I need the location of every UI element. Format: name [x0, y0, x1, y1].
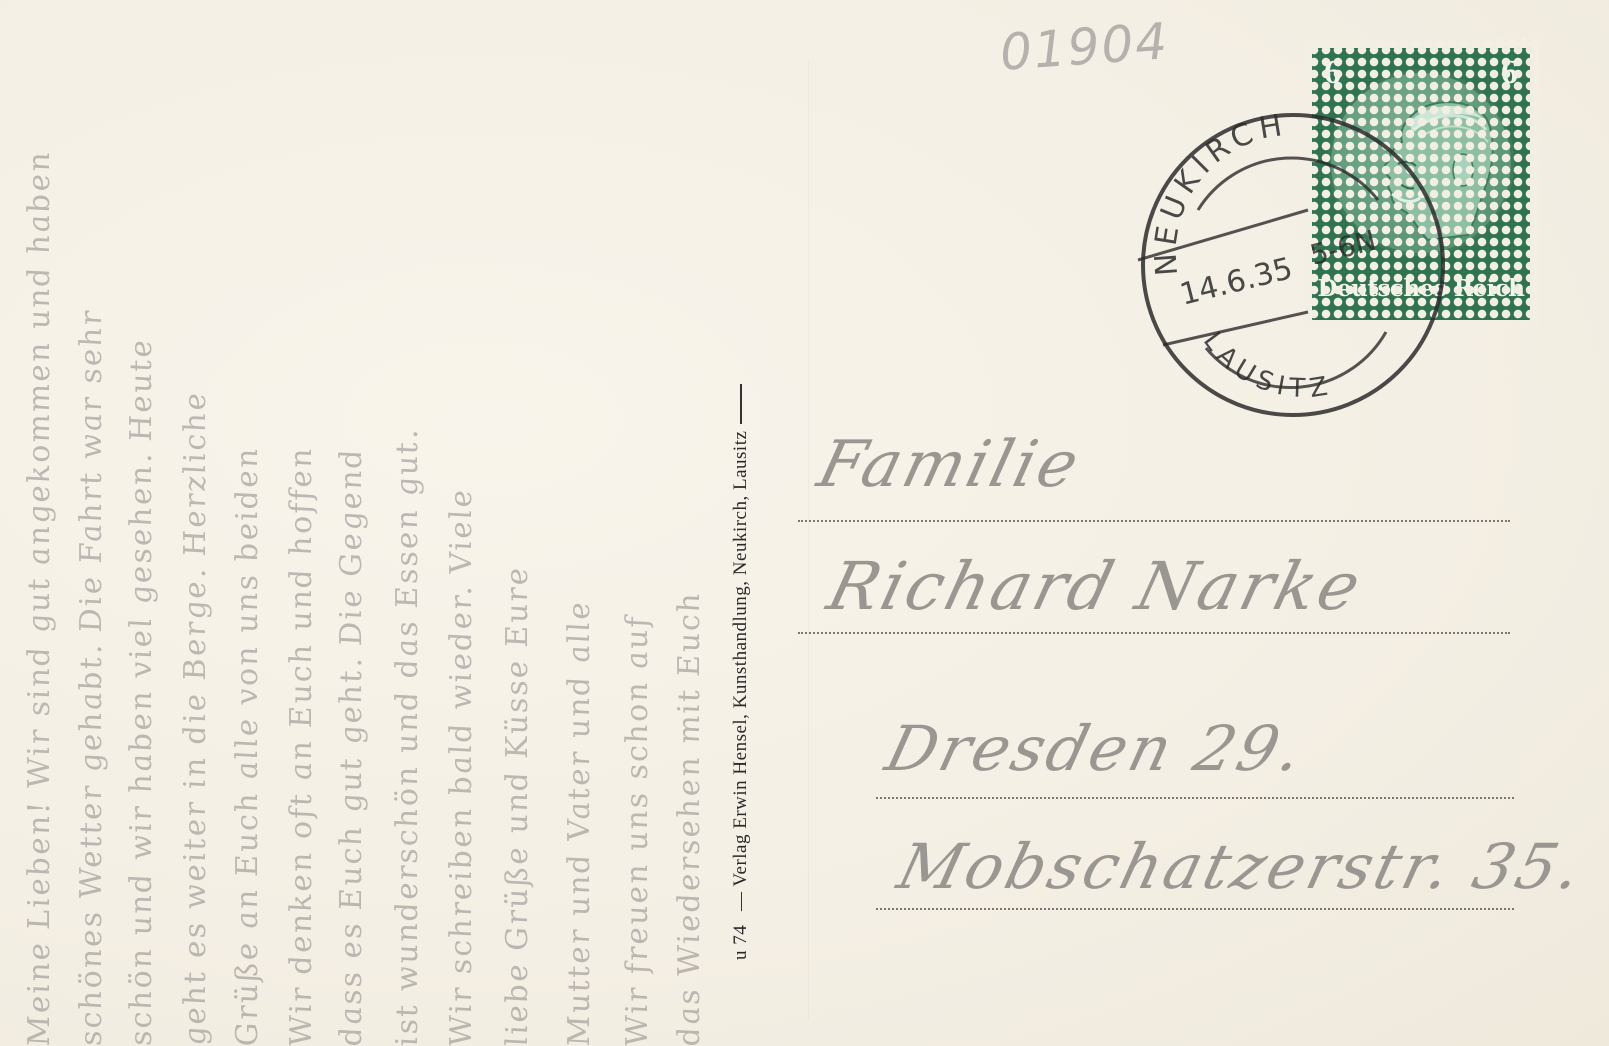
postmark-date: 14.6.35: [1176, 251, 1296, 313]
card-code: u 74: [730, 925, 752, 960]
stamp-country-text: Deutsches Reich: [1312, 275, 1530, 302]
svg-text:NEUKIRCH: NEUKIRCH: [1148, 107, 1290, 277]
stamp-value-right: 6: [1501, 54, 1518, 92]
address-dotted-line: [798, 520, 1510, 522]
postage-stamp: 6 6 Deutsches Reich: [1302, 38, 1540, 330]
message-line: Wir schreiben bald wieder. Viele: [432, 0, 492, 1046]
publisher-imprint: u 74 — Verlag Erwin Hensel, Kunsthandlun…: [726, 140, 756, 960]
address-line-1: Familie: [811, 428, 1089, 502]
message-line: Meine Lieben! Wir sind gut angekommen un…: [10, 0, 70, 1046]
address-dotted-line: [798, 632, 1510, 634]
stamp-face: 6 6 Deutsches Reich: [1312, 48, 1530, 320]
message-line: geht es weiter in die Berge. Herzliche: [166, 0, 226, 1046]
message-line: ist wunderschön und das Essen gut.: [378, 0, 438, 1046]
address-dotted-line: [876, 908, 1514, 910]
address-line-4: Mobschatzerstr. 35.: [891, 830, 1592, 903]
message-line: liebe Grüße und Küsse Eure: [488, 0, 548, 1046]
address-divider: [808, 60, 809, 1020]
message-line: schön und wir haben viel gesehen. Heute: [112, 0, 172, 1046]
postcard-back: Meine Lieben! Wir sind gut angekommen un…: [0, 0, 1609, 1046]
publisher-text: — Verlag Erwin Hensel, Kunsthandlung, Ne…: [730, 430, 752, 910]
message-line: das Wiedersehen mit Euch: [660, 0, 720, 1046]
stamp-value-left: 6: [1324, 54, 1341, 92]
postmark-town: NEUKIRCH: [1148, 107, 1290, 277]
address-dotted-line: [876, 797, 1514, 799]
message-line: Grüße an Euch alle von uns beiden: [218, 0, 278, 1046]
message-line: dass es Euch gut geht. Die Gegend: [322, 0, 382, 1046]
address-line-3: Dresden 29.: [879, 712, 1313, 785]
archive-number: 01904: [998, 12, 1171, 82]
stamp-medallion: [1328, 70, 1514, 256]
divider-rule: [740, 384, 742, 424]
message-line: Wir freuen uns schon auf: [608, 0, 668, 1046]
message-line: Mutter und Vater und alle: [550, 0, 610, 1046]
address-line-2: Richard Narke: [820, 548, 1370, 625]
postmark-region: LAUSITZ: [1197, 327, 1336, 404]
handwritten-message: Meine Lieben! Wir sind gut angekommen un…: [0, 0, 720, 1046]
portrait-icon: [1368, 90, 1498, 250]
svg-text:LAUSITZ: LAUSITZ: [1197, 327, 1336, 404]
